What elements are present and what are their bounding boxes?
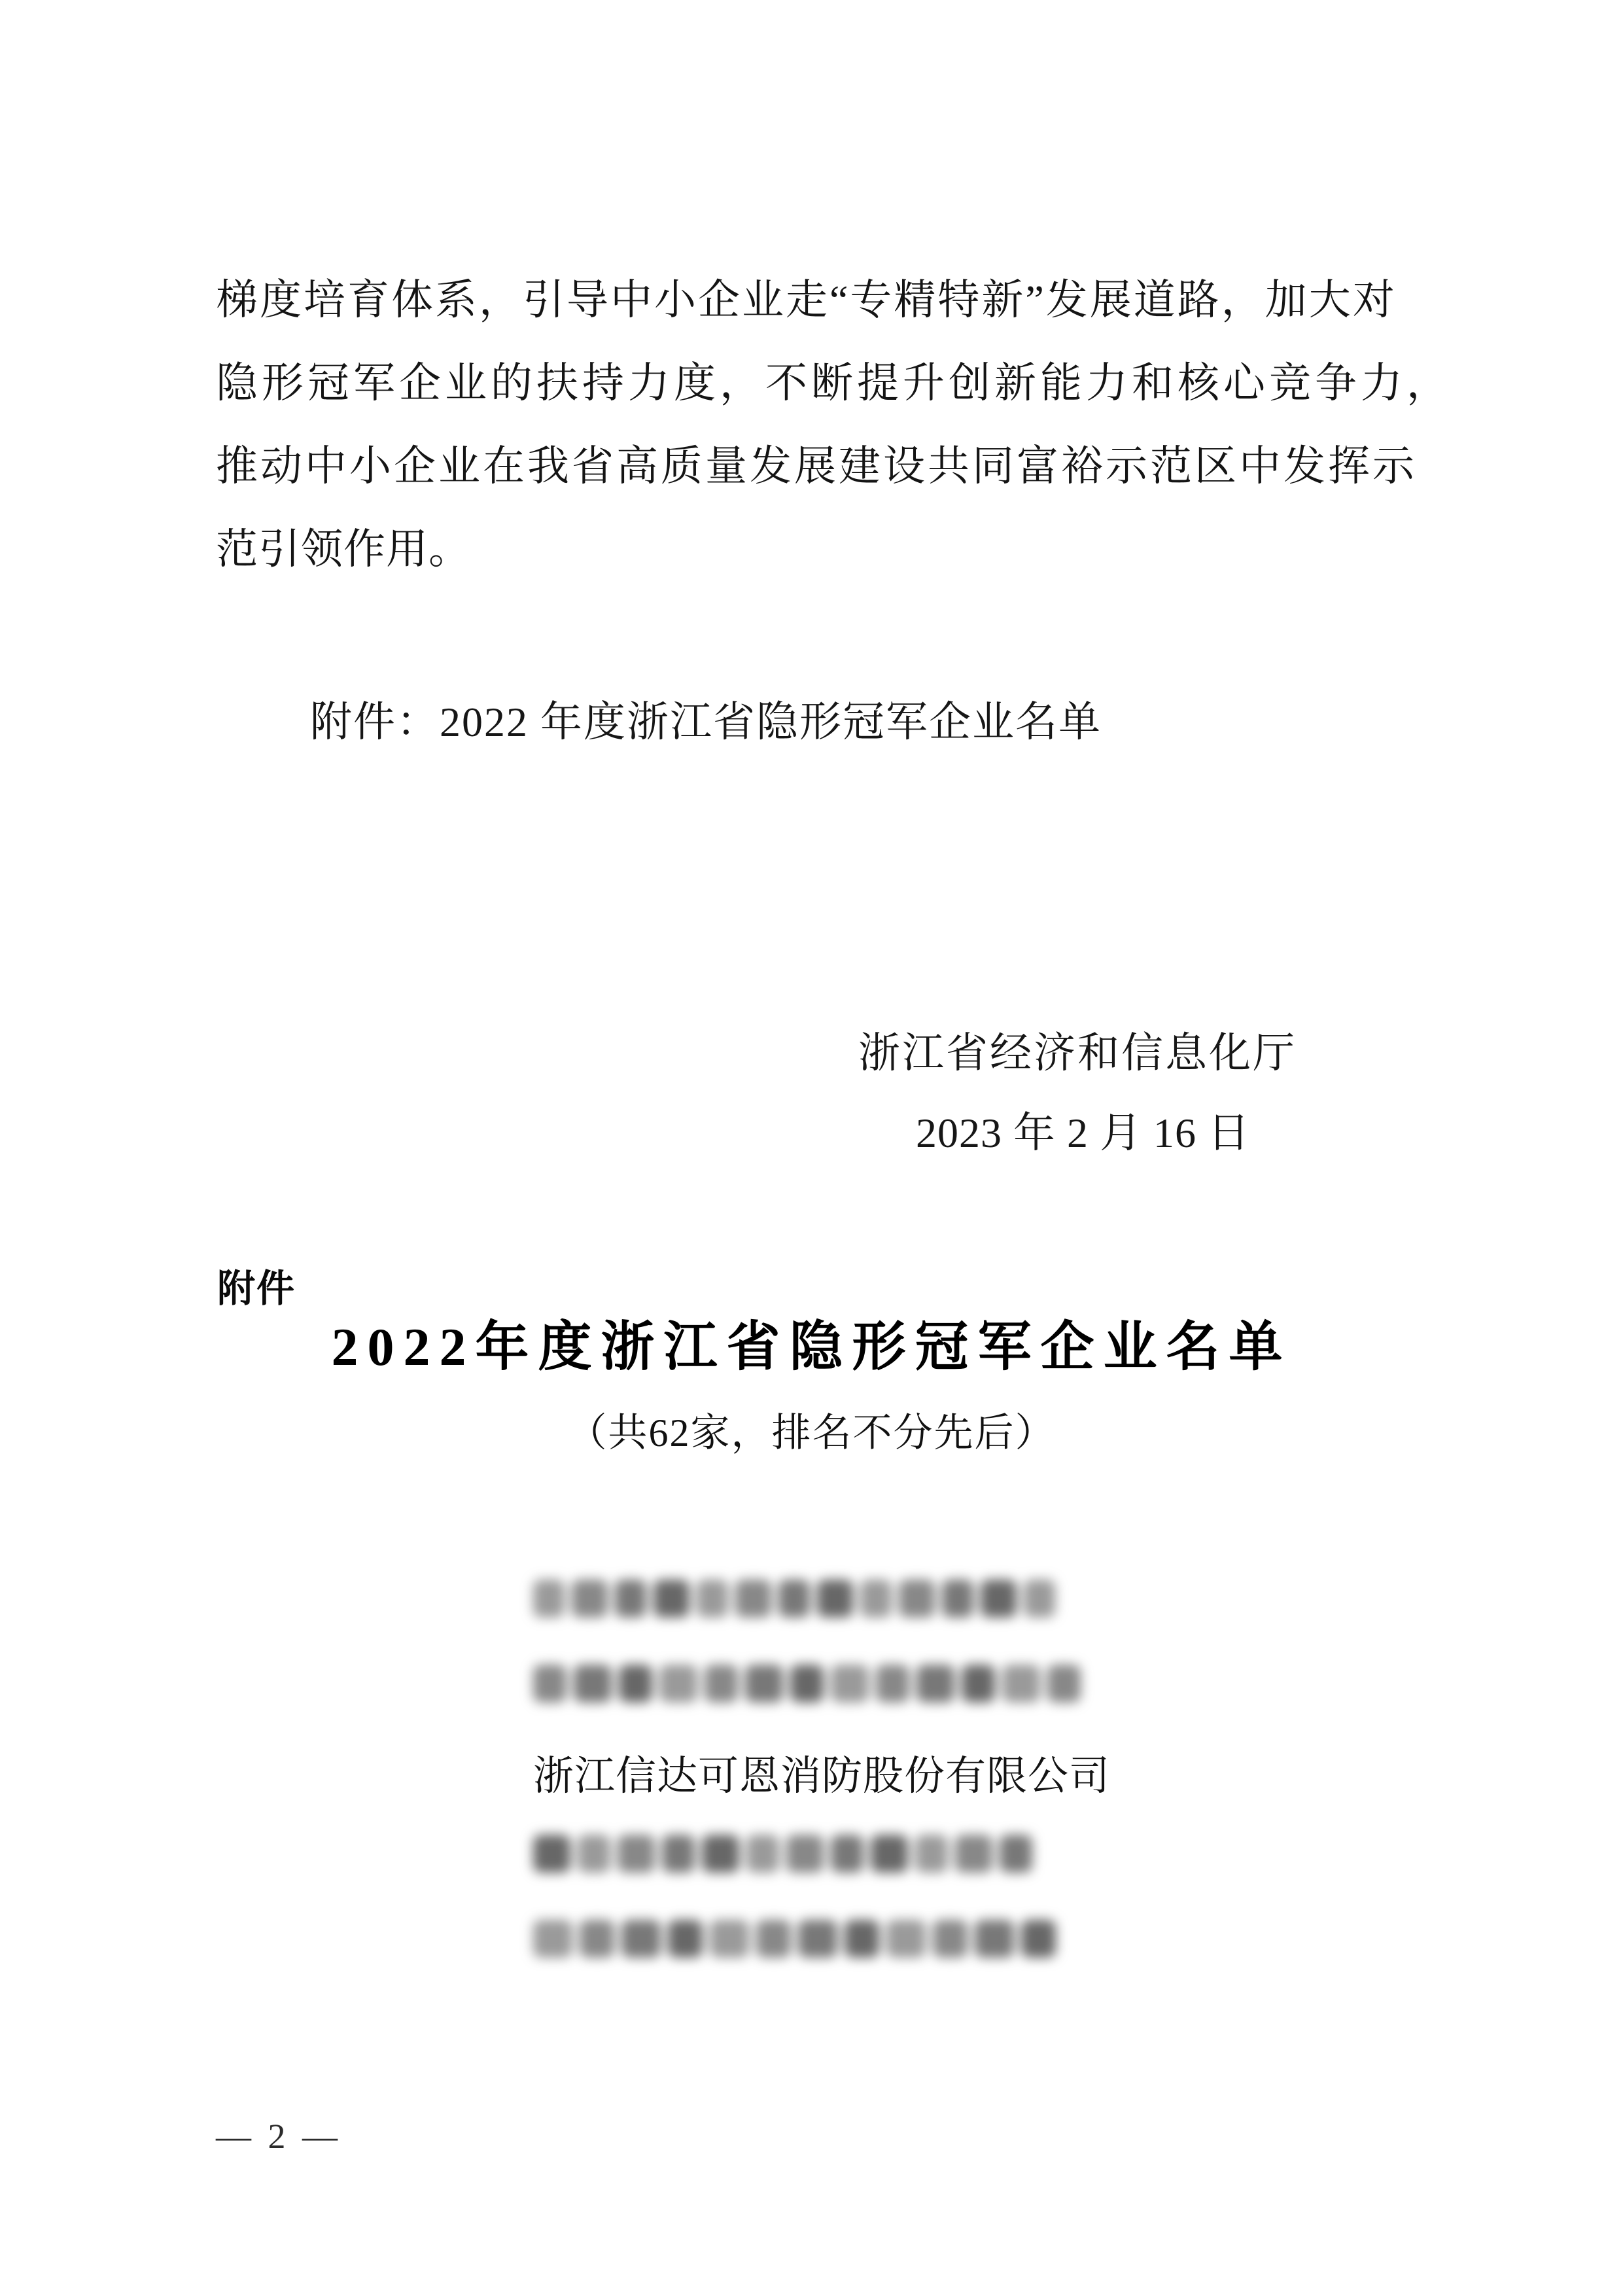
redacted-character-blob bbox=[702, 1835, 739, 1873]
redacted-character-blob bbox=[798, 1920, 837, 1958]
redacted-character-blob bbox=[916, 1665, 954, 1703]
redacted-company-row bbox=[533, 1658, 1088, 1709]
company-row: 浙江信达可恩消防股份有限公司 bbox=[533, 1743, 1110, 1794]
document-page: 梯度培育体系，引导中小企业走“专精特新”发展道路，加大对 隐形冠军企业的扶持力度… bbox=[0, 0, 1623, 2296]
redacted-character-blob bbox=[786, 1835, 824, 1873]
redacted-character-blob bbox=[580, 1920, 614, 1958]
redacted-character-blob bbox=[619, 1665, 652, 1703]
redacted-company-row bbox=[533, 1913, 1063, 1964]
redacted-character-blob bbox=[668, 1920, 703, 1958]
redacted-character-blob bbox=[915, 1835, 948, 1873]
redacted-character-blob bbox=[860, 1580, 892, 1617]
company-list: 浙江信达可恩消防股份有限公司 bbox=[0, 0, 1623, 2296]
redacted-character-blob bbox=[533, 1665, 567, 1703]
redacted-character-blob bbox=[1021, 1920, 1056, 1958]
redacted-character-blob bbox=[899, 1580, 935, 1617]
redacted-company-row bbox=[533, 1573, 1062, 1624]
redacted-character-blob bbox=[746, 1835, 779, 1873]
redacted-character-blob bbox=[710, 1920, 749, 1958]
redacted-character-blob bbox=[817, 1580, 853, 1617]
redacted-character-blob bbox=[735, 1580, 771, 1617]
redacted-character-blob bbox=[845, 1920, 879, 1958]
redacted-character-blob bbox=[1024, 1580, 1055, 1617]
redacted-character-blob bbox=[981, 1580, 1017, 1617]
redacted-character-blob bbox=[578, 1835, 610, 1873]
redacted-character-blob bbox=[621, 1920, 661, 1958]
redacted-character-blob bbox=[975, 1920, 1014, 1958]
redacted-character-blob bbox=[572, 1580, 608, 1617]
redacted-character-blob bbox=[871, 1835, 908, 1873]
redacted-character-blob bbox=[615, 1580, 646, 1617]
redacted-character-blob bbox=[790, 1665, 824, 1703]
redacted-character-blob bbox=[1000, 1835, 1032, 1873]
redacted-character-blob bbox=[756, 1920, 791, 1958]
redacted-character-blob bbox=[831, 1665, 869, 1703]
redacted-character-blob bbox=[876, 1665, 909, 1703]
redacted-character-blob bbox=[533, 1920, 572, 1958]
redacted-character-blob bbox=[533, 1835, 570, 1873]
redacted-character-blob bbox=[942, 1580, 973, 1617]
redacted-character-blob bbox=[962, 1665, 995, 1703]
redacted-character-blob bbox=[654, 1580, 689, 1617]
redacted-character-blob bbox=[955, 1835, 992, 1873]
redacted-character-blob bbox=[705, 1665, 738, 1703]
redacted-character-blob bbox=[886, 1920, 926, 1958]
redacted-character-blob bbox=[1002, 1665, 1040, 1703]
redacted-character-blob bbox=[1047, 1665, 1081, 1703]
redacted-character-blob bbox=[933, 1920, 968, 1958]
redacted-character-blob bbox=[662, 1835, 695, 1873]
redacted-character-blob bbox=[745, 1665, 783, 1703]
redacted-character-blob bbox=[697, 1580, 728, 1617]
redacted-character-blob bbox=[831, 1835, 864, 1873]
redacted-character-blob bbox=[618, 1835, 655, 1873]
redacted-character-blob bbox=[533, 1580, 565, 1617]
redacted-character-blob bbox=[778, 1580, 810, 1617]
redacted-character-blob bbox=[574, 1665, 612, 1703]
page-number: — 2 — bbox=[216, 2116, 341, 2157]
redacted-company-row bbox=[533, 1828, 1039, 1879]
redacted-character-blob bbox=[659, 1665, 697, 1703]
